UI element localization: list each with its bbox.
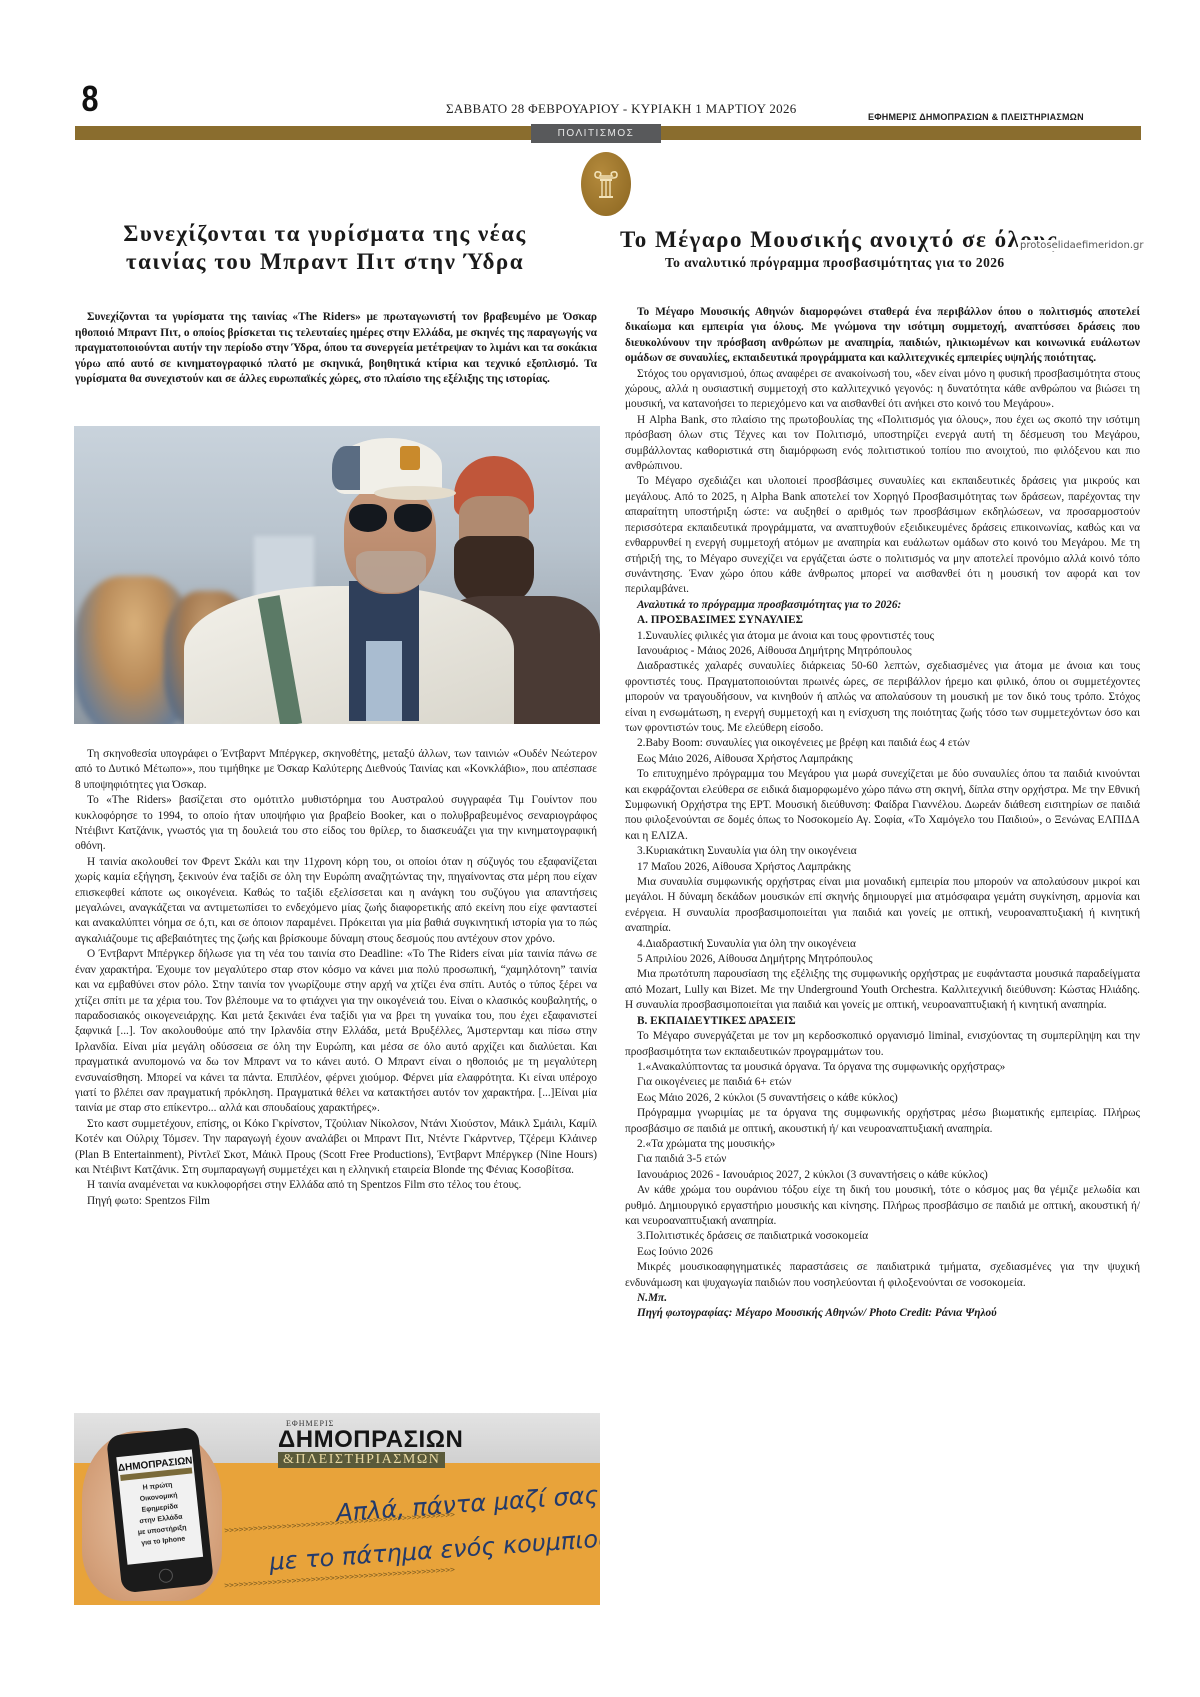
body-paragraph: Το Μέγαρο συνεργάζεται με τον μη κερδοσκ…	[625, 1029, 1140, 1060]
author-signature: Ν.Μπ.	[625, 1291, 1140, 1306]
headline-line: Συνεχίζονται τα γυρίσματα της νέας	[75, 220, 575, 248]
event-title: 3.Πολιτιστικές δράσεις σε παιδιατρικά νο…	[625, 1229, 1140, 1244]
event-date: 17 Μαΐου 2026, Αίθουσα Χρήστος Λαμπράκης	[625, 860, 1140, 875]
body-paragraph: Στο καστ συμμετέχουν, επίσης, οι Κόκο Γκ…	[75, 1117, 597, 1179]
event-description: Μικρές μουσικοαφηγηματικές παραστάσεις σ…	[625, 1260, 1140, 1291]
section-heading: Α. ΠΡΟΣΒΑΣΙΜΕΣ ΣΥΝΑΥΛΙΕΣ	[625, 613, 1140, 628]
lead-paragraph: Συνεχίζονται τα γυρίσματα της ταινίας «T…	[75, 310, 597, 388]
event-description: Αν κάθε χρώμα του ουράνιου τόξου είχε τη…	[625, 1183, 1140, 1229]
body-paragraph: Η Alpha Bank, στο πλαίσιο της πρωτοβουλί…	[625, 413, 1140, 475]
event-date: Εως Μάιο 2026, 2 κύκλοι (5 συναντήσεις ο…	[625, 1091, 1140, 1106]
event-date: Εως Μάιο 2026, Αίθουσα Χρήστος Λαμπράκης	[625, 752, 1140, 767]
article-photo	[74, 426, 600, 724]
body-paragraph: Το Μέγαρο σχεδιάζει και υλοποιεί προσβάσ…	[625, 474, 1140, 597]
smartphone-icon: ΔΗΜΟΠΡΑΣΙΩΝ Η πρώτη Οικονομική Εφημερίδα…	[106, 1427, 214, 1594]
watermark: protoselidaefimeridon.gr	[1018, 240, 1145, 251]
event-description: Το επιτυχημένο πρόγραμμα του Μεγάρου για…	[625, 767, 1140, 844]
event-description: Πρόγραμμα γνωριμίας με τα όργανα της συμ…	[625, 1106, 1140, 1137]
body-paragraph: Η ταινία αναμένεται να κυκλοφορήσει στην…	[75, 1178, 597, 1193]
body-paragraph: Το «The Riders» βασίζεται στο ομότιτλο μ…	[75, 793, 597, 855]
section-label: ΠΟΛΙΤΙΣΜΟΣ	[531, 124, 661, 143]
body-paragraph: Η ταινία ακολουθεί τον Φρεντ Σκάλι και τ…	[75, 855, 597, 947]
left-article-body: Τη σκηνοθεσία υπογράφει ο Έντβαρντ Μπέργ…	[75, 747, 597, 1209]
ad-brand-sub: &ΠΛΕΙΣΤΗΡΙΑΣΜΩΝ	[278, 1452, 445, 1468]
headline-line: ταινίας του Μπραντ Πιτ στην Ύδρα	[75, 248, 575, 276]
event-audience: Για οικογένειες με παιδιά 6+ ετών	[625, 1075, 1140, 1090]
program-heading: Αναλυτικά το πρόγραμμα προσβασιμότητας γ…	[625, 598, 1140, 613]
body-paragraph: Ο Έντβαρντ Μπέργκερ δήλωσε για τη νέα το…	[75, 947, 597, 1116]
left-article-lead: Συνεχίζονται τα γυρίσματα της ταινίας «T…	[75, 310, 597, 388]
event-description: Μια συναυλία συμφωνικής ορχήστρας είναι …	[625, 875, 1140, 937]
event-audience: Για παιδιά 3-5 ετών	[625, 1152, 1140, 1167]
photo-credit: Πηγή φωτο: Spentzos Film	[75, 1194, 597, 1209]
phone-screen: ΔΗΜΟΠΡΑΣΙΩΝ Η πρώτη Οικονομική Εφημερίδα…	[116, 1449, 203, 1564]
event-title: 2.Baby Boom: συναυλίες για οικογένειες μ…	[625, 736, 1140, 751]
body-paragraph: Τη σκηνοθεσία υπογράφει ο Έντβαρντ Μπέργ…	[75, 747, 597, 793]
event-date: Εως Ιούνιο 2026	[625, 1245, 1140, 1260]
right-article-subhead: Το αναλυτικό πρόγραμμα προσβασιμότητας γ…	[665, 255, 1135, 271]
event-title: 1.«Ανακαλύπτοντας τα μουσικά όργανα. Τα …	[625, 1060, 1140, 1075]
event-description: Διαδραστικές χαλαρές συναυλίες διάρκειας…	[625, 659, 1140, 736]
event-date: Ιανουάριος - Μάιος 2026, Αίθουσα Δημήτρη…	[625, 644, 1140, 659]
phone-home-button	[158, 1568, 173, 1583]
event-title: 2.«Τα χρώματα της μουσικής»	[625, 1137, 1140, 1152]
event-title: 1.Συναυλίες φιλικές για άτομα με άνοια κ…	[625, 629, 1140, 644]
event-title: 4.Διαδραστική Συναυλία για όλη την οικογ…	[625, 937, 1140, 952]
advertisement-banner[interactable]: ΕΦΗΜΕΡΙΣ ΔΗΜΟΠΡΑΣΙΩΝ &ΠΛΕΙΣΤΗΡΙΑΣΜΩΝ >>>…	[74, 1413, 600, 1605]
body-paragraph: Στόχος του οργανισμού, όπως αναφέρει σε …	[625, 367, 1140, 413]
event-date: 5 Απριλίου 2026, Αίθουσα Δημήτρης Μητρόπ…	[625, 952, 1140, 967]
lead-paragraph: Το Μέγαρο Μουσικής Αθηνών διαμορφώνει στ…	[625, 305, 1140, 367]
event-title: 3.Κυριακάτικη Συναυλία για όλη την οικογ…	[625, 844, 1140, 859]
ionic-column-icon	[581, 152, 631, 216]
photo-credit: Πηγή φωτογραφίας: Μέγαρο Μουσικής Αθηνών…	[625, 1306, 1140, 1321]
dateline: ΣΑΒΒΑΤΟ 28 ΦΕΒΡΟΥΑΡΙΟΥ - ΚΥΡΙΑΚΗ 1 ΜΑΡΤΙ…	[446, 101, 797, 117]
event-date: Ιανουάριος 2026 - Ιανουάριος 2027, 2 κύκ…	[625, 1168, 1140, 1183]
left-article-headline: Συνεχίζονται τα γυρίσματα της νέας ταινί…	[75, 220, 575, 276]
right-article-body: Το Μέγαρο Μουσικής Αθηνών διαμορφώνει στ…	[625, 305, 1140, 1322]
section-heading: Β. ΕΚΠΑΙΔΕΥΤΙΚΕΣ ΔΡΑΣΕΙΣ	[625, 1014, 1140, 1029]
page-number: 8	[82, 78, 99, 120]
masthead-mini: ΕΦΗΜΕΡΙΣ ΔΗΜΟΠΡΑΣΙΩΝ & ΠΛΕΙΣΤΗΡΙΑΣΜΩΝ	[868, 112, 1084, 122]
event-description: Μια πρωτότυπη παρουσίαση της εξέλιξης τη…	[625, 967, 1140, 1013]
ad-brand: ΔΗΜΟΠΡΑΣΙΩΝ	[278, 1426, 463, 1454]
